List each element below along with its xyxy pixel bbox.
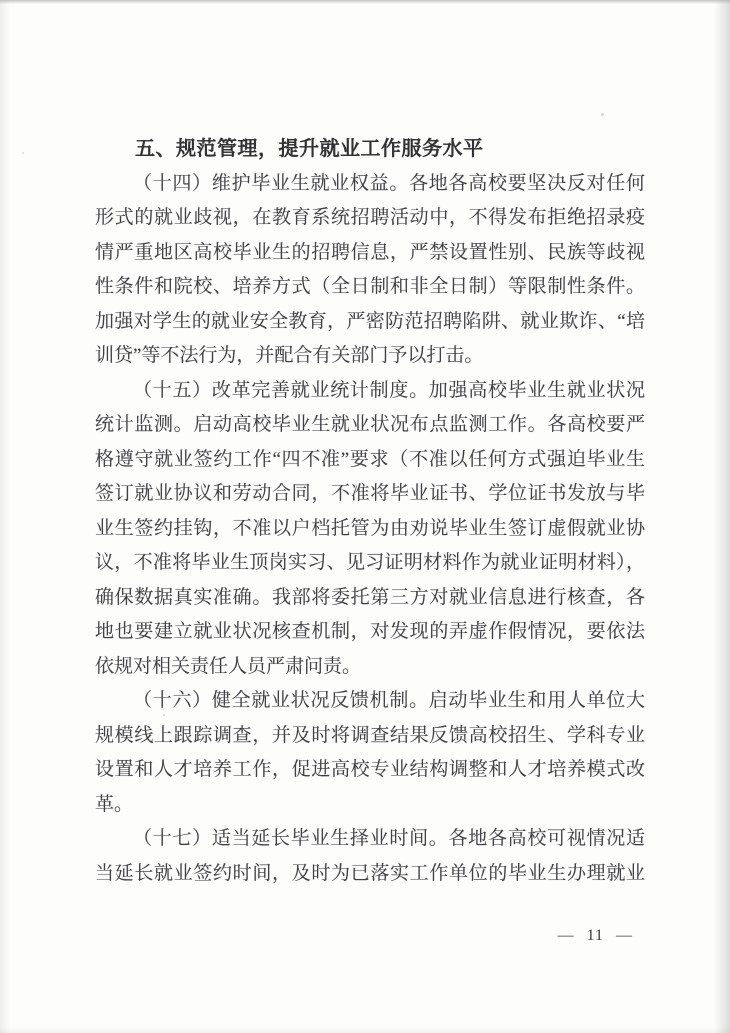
text-line: （十四）维护毕业生就业权益。各地各高校要坚决反对任何 (95, 167, 645, 202)
text-line: 革。 (95, 788, 645, 823)
text-line: 情严重地区高校毕业生的招聘信息，严禁设置性别、民族等歧视 (95, 236, 645, 271)
scan-edge-left (0, 0, 10, 1033)
text-line: 确保数据真实准确。我部将委托第三方对就业信息进行核查，各 (95, 581, 645, 616)
text-line: 格遵守就业签约工作“四不准”要求（不准以任何方式强迫毕业生 (95, 443, 645, 478)
text-line: 议，不准将毕业生顶岗实习、见习证明材料作为就业证明材料）， (95, 546, 645, 581)
text-line: 统计监测。启动高校毕业生就业状况布点监测工作。各高校要严 (95, 408, 645, 443)
text-line: 训贷”等不法行为，并配合有关部门予以打击。 (95, 339, 645, 374)
scan-speck (601, 113, 604, 116)
page-number: — 11 — (558, 924, 633, 948)
text-line: （十五）改革完善就业统计制度。加强高校毕业生就业状况 (95, 374, 645, 409)
text-line: 地也要建立就业状况核查机制，对发现的弄虚作假情况，要依法 (95, 615, 645, 650)
scan-edge-right (714, 0, 730, 1033)
text-line: （十七）适当延长毕业生择业时间。各地各高校可视情况适 (95, 822, 645, 857)
text-line: 形式的就业歧视，在教育系统招聘活动中，不得发布拒绝招录疫 (95, 201, 645, 236)
text-line: （十六）健全就业状况反馈机制。启动毕业生和用人单位大 (95, 684, 645, 719)
scan-edge-top (0, 0, 730, 4)
document-body: 五、规范管理，提升就业工作服务水平 （十四）维护毕业生就业权益。各地各高校要坚决… (95, 132, 645, 891)
text-line: 加强对学生的就业安全教育，严密防范招聘陷阱、就业欺诈、“培 (95, 305, 645, 340)
text-line: 规模线上跟踪调查，并及时将调查结果反馈高校招生、学科专业 (95, 719, 645, 754)
document-page: 五、规范管理，提升就业工作服务水平 （十四）维护毕业生就业权益。各地各高校要坚决… (0, 0, 730, 1033)
text-line: 性条件和院校、培养方式（全日制和非全日制）等限制性条件。 (95, 270, 645, 305)
text-line: 当延长就业签约时间，及时为已落实工作单位的毕业生办理就业 (95, 857, 645, 892)
text-line: 业生签约挂钩，不准以户档托管为由劝说毕业生签订虚假就业协 (95, 512, 645, 547)
scan-edge-bottom (0, 1027, 730, 1033)
text-line: 依规对相关责任人员严肃问责。 (95, 650, 645, 685)
text-line: 签订就业协议和劳动合同，不准将毕业证书、学位证书发放与毕 (95, 477, 645, 512)
text-line: 设置和人才培养工作，促进高校专业结构调整和人才培养模式改 (95, 753, 645, 788)
scan-speck (22, 152, 24, 154)
section-heading: 五、规范管理，提升就业工作服务水平 (95, 132, 645, 167)
